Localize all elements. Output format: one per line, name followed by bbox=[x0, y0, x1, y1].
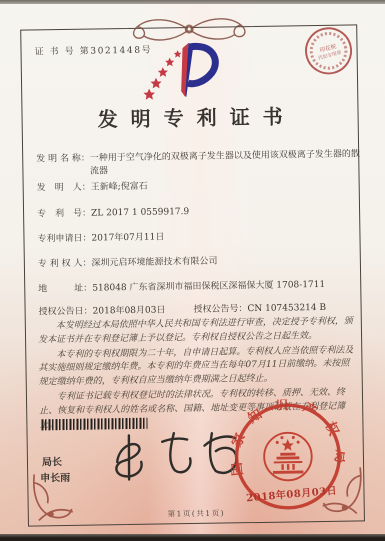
field-label: 专 利 号： bbox=[37, 208, 91, 222]
field-inventor: 发 明 人： 王新峰;倪富石 bbox=[37, 181, 148, 196]
page-title: 发明专利证书 bbox=[0, 99, 383, 134]
field-label: 专利申请日： bbox=[37, 233, 91, 247]
certificate-number: 证 书 号 第3021448号 bbox=[34, 43, 152, 58]
patent-certificate-photo: 证 书 号 第3021448号 印花税 代扣专用章 发明专利证书 发 bbox=[0, 0, 385, 541]
photo-bottom-edge bbox=[0, 534, 385, 541]
field-label: 专 利 权 人： bbox=[38, 258, 92, 272]
field-label: 授权公告日： bbox=[39, 306, 93, 320]
signature-icon bbox=[100, 424, 241, 484]
field-value: 2017年07月11日 bbox=[91, 231, 164, 245]
field-label: 发 明 名 称： bbox=[36, 153, 90, 180]
corner-flourish-icon bbox=[320, 465, 365, 518]
field-value: 深圳元启环境能源技术有限公司 bbox=[91, 256, 217, 271]
field-invention-name: 发 明 名 称： 一种用于空气净化的双极离子发生器以及使用该双极离子发生器的散流… bbox=[36, 148, 362, 179]
body-paragraph: 本发明经过本局依照中华人民共和国专利法进行审查，决定授予专利权，颁发本证书并在专… bbox=[38, 315, 356, 348]
corner-flourish-icon bbox=[30, 472, 75, 525]
field-grant-number: 授权公告号： CN 107453214 B bbox=[193, 302, 326, 317]
field-patent-number: 专 利 号： ZL 2017 1 0559917.9 bbox=[37, 206, 189, 221]
field-value: CN 107453214 B bbox=[247, 302, 326, 316]
cnipa-logo-icon bbox=[142, 39, 223, 102]
field-value: ZL 2017 1 0559917.9 bbox=[91, 206, 189, 221]
field-label: 授权公告号： bbox=[193, 303, 247, 317]
body-paragraph: 本专利的专利权期限为二十年，自申请日起算。专利权人应当依照专利法及其实施细则规定… bbox=[38, 344, 357, 390]
certificate-page: 证 书 号 第3021448号 印花税 代扣专用章 发明专利证书 发 bbox=[0, 0, 385, 541]
field-value: 2018年08月03日 bbox=[93, 304, 166, 318]
field-value: 一种用于空气净化的双极离子发生器以及使用该双极离子发生器的散流器 bbox=[90, 148, 362, 178]
field-filing-date: 专利申请日： 2017年07月11日 bbox=[37, 231, 164, 246]
signer-title: 局长 bbox=[42, 453, 62, 468]
field-label: 发 明 人： bbox=[37, 182, 91, 196]
field-value: 王新峰;倪富石 bbox=[91, 181, 148, 195]
field-label: 地 址： bbox=[38, 283, 92, 297]
